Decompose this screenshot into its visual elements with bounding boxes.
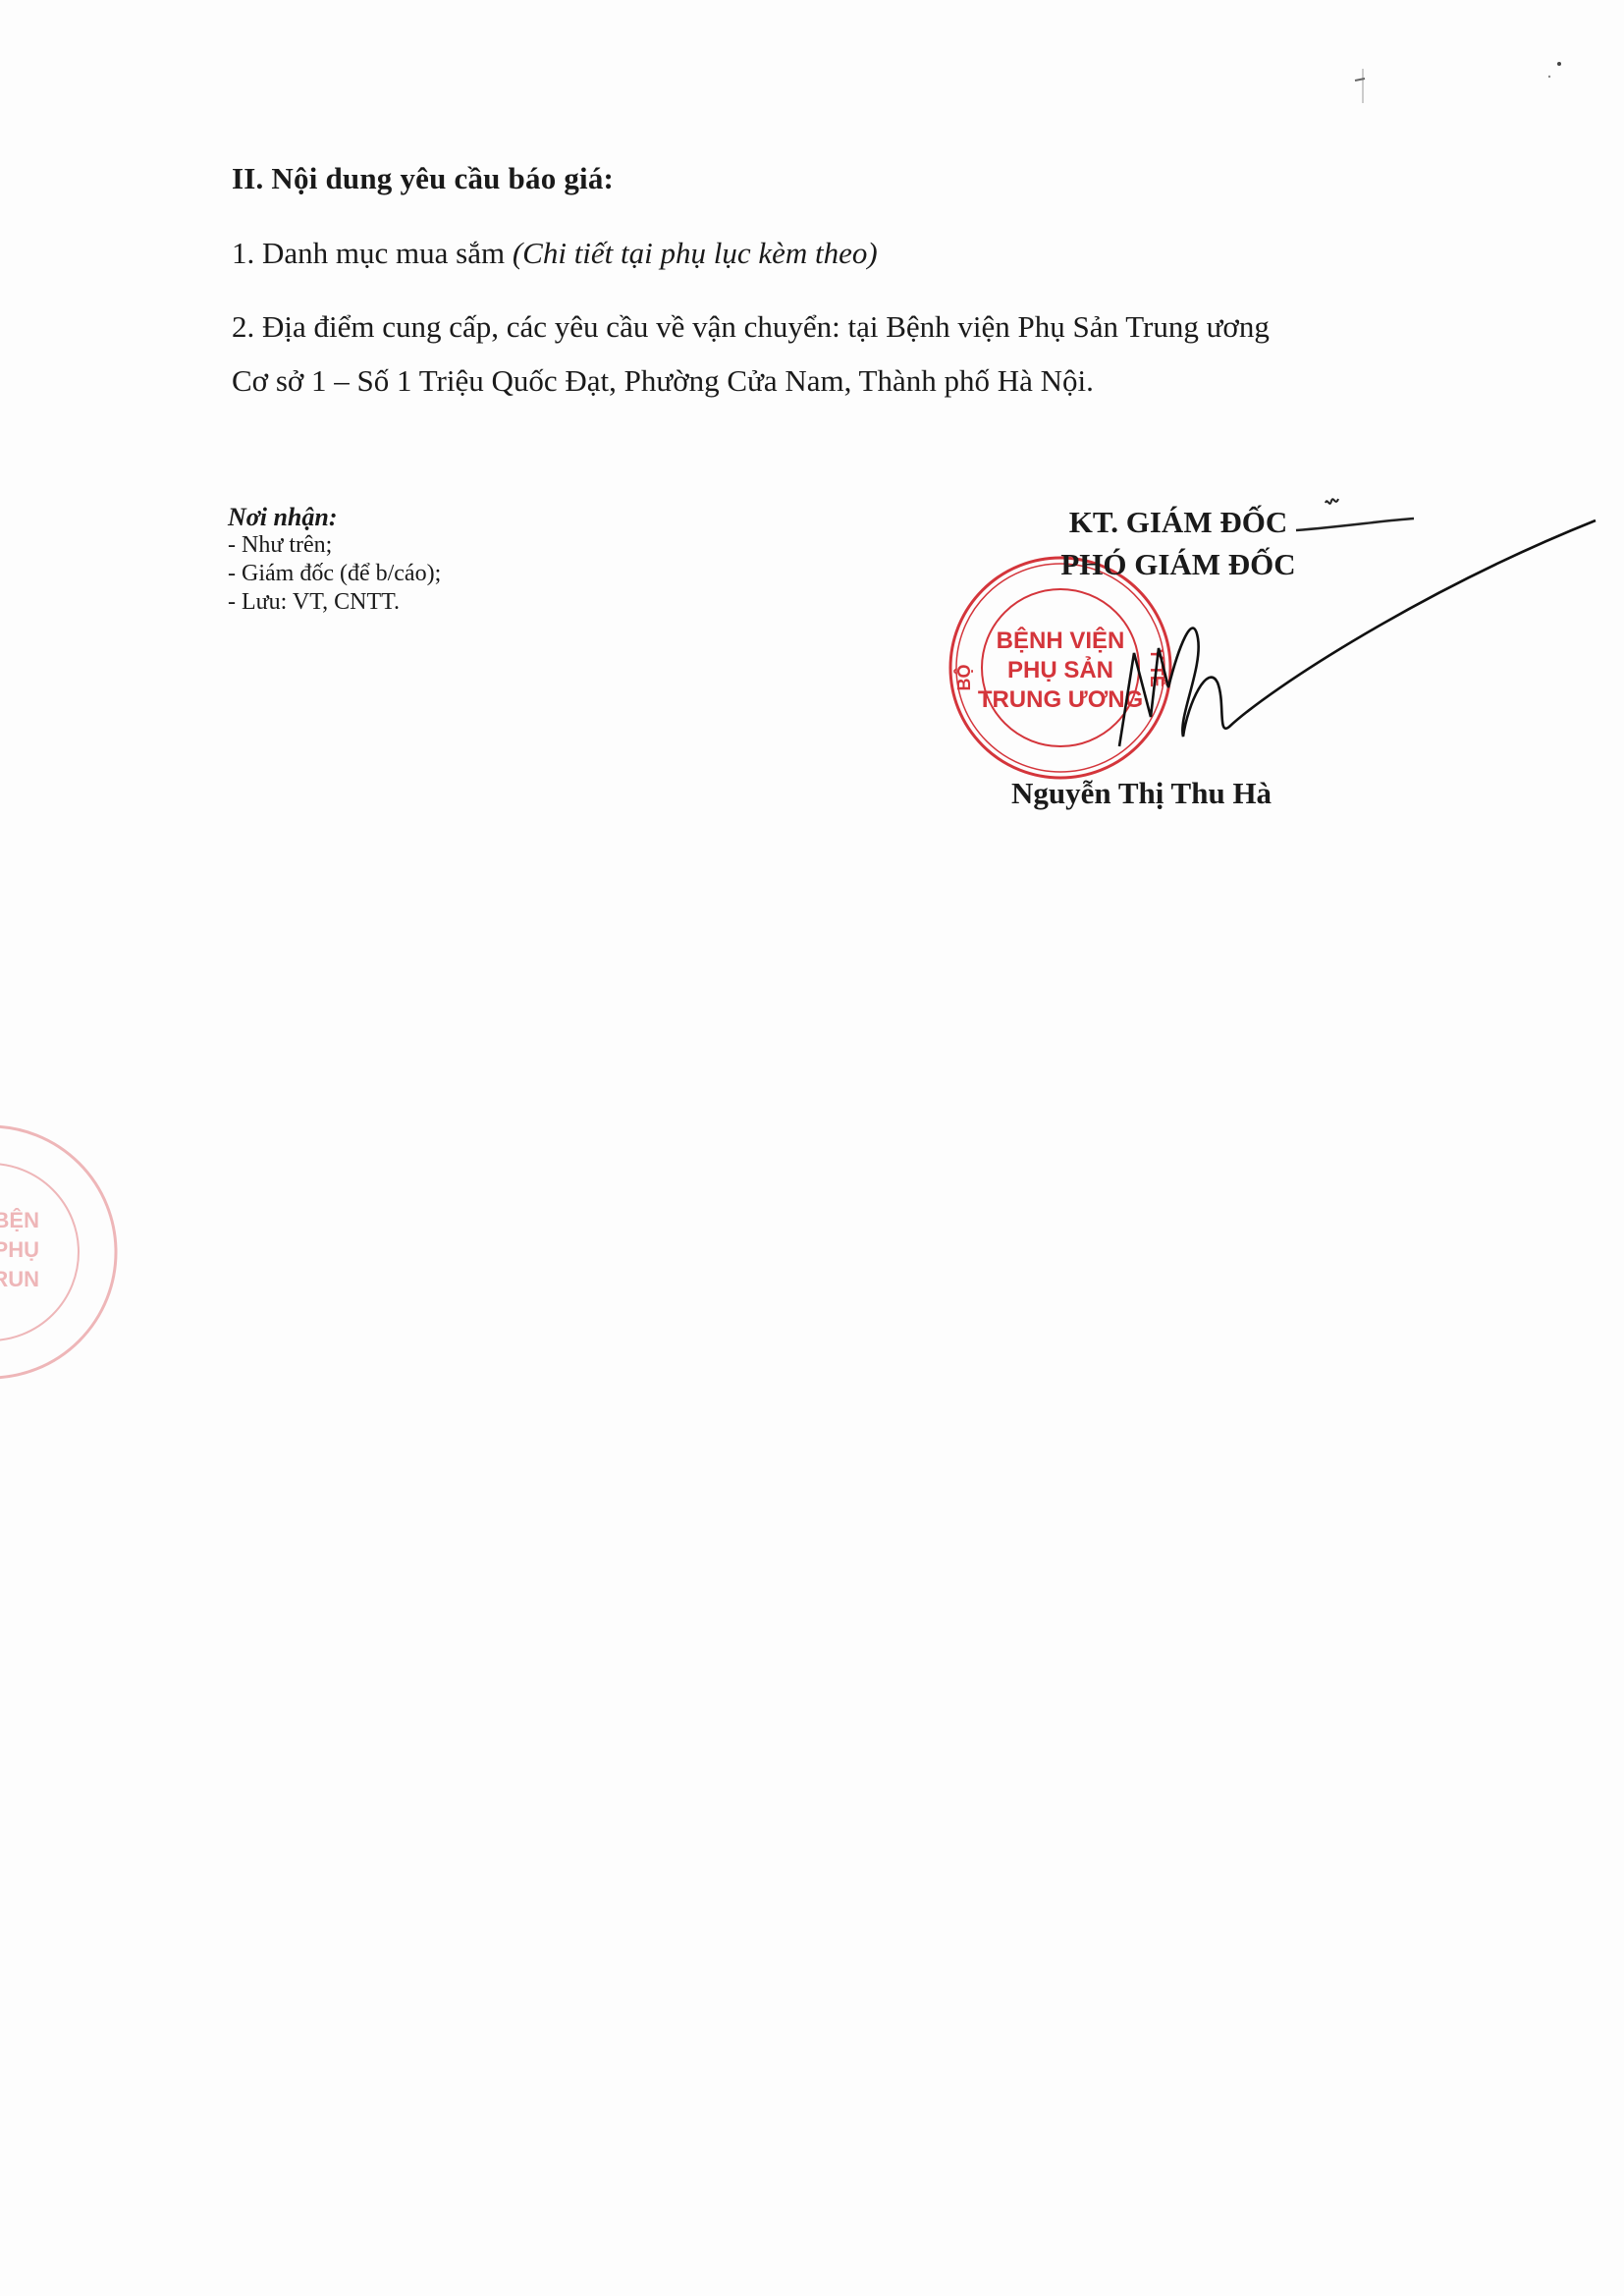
partial-stamp-margin: BỆN PHỤ TRUN [0,1115,128,1394]
document-page: II. Nội dung yêu cầu báo giá: 1. Danh mụ… [0,0,1624,2296]
partial-stamp-line-3: TRUN [0,1267,39,1291]
item-note: (Chi tiết tại phụ lục kèm theo) [513,236,878,270]
recipients-title: Nơi nhận: [228,503,441,531]
stamp-left-arc: BỘ [953,665,974,691]
section-heading: II. Nội dung yêu cầu báo giá: [232,161,614,196]
recipient-item: - Như trên; [228,531,441,560]
partial-stamp-line-1: BỆN [0,1208,39,1232]
recipients-block: Nơi nhận: - Như trên; - Giám đốc (để b/c… [228,503,441,617]
recipient-item: - Lưu: VT, CNTT. [228,588,441,617]
item-line-2: Cơ sở 1 – Số 1 Triệu Quốc Đạt, Phường Cử… [232,354,1479,408]
handwritten-signature [1060,491,1610,810]
item-procurement-list: 1. Danh mục mua sắm (Chi tiết tại phụ lụ… [232,226,1479,280]
partial-stamp-line-2: PHỤ [0,1237,39,1262]
item-text: 1. Danh mục mua sắm [232,236,513,270]
item-delivery-location: 2. Địa điểm cung cấp, các yêu cầu về vận… [232,300,1479,408]
recipient-item: - Giám đốc (để b/cáo); [228,560,441,588]
scan-marks [1345,59,1600,123]
item-line-1: 2. Địa điểm cung cấp, các yêu cầu về vận… [232,300,1479,354]
